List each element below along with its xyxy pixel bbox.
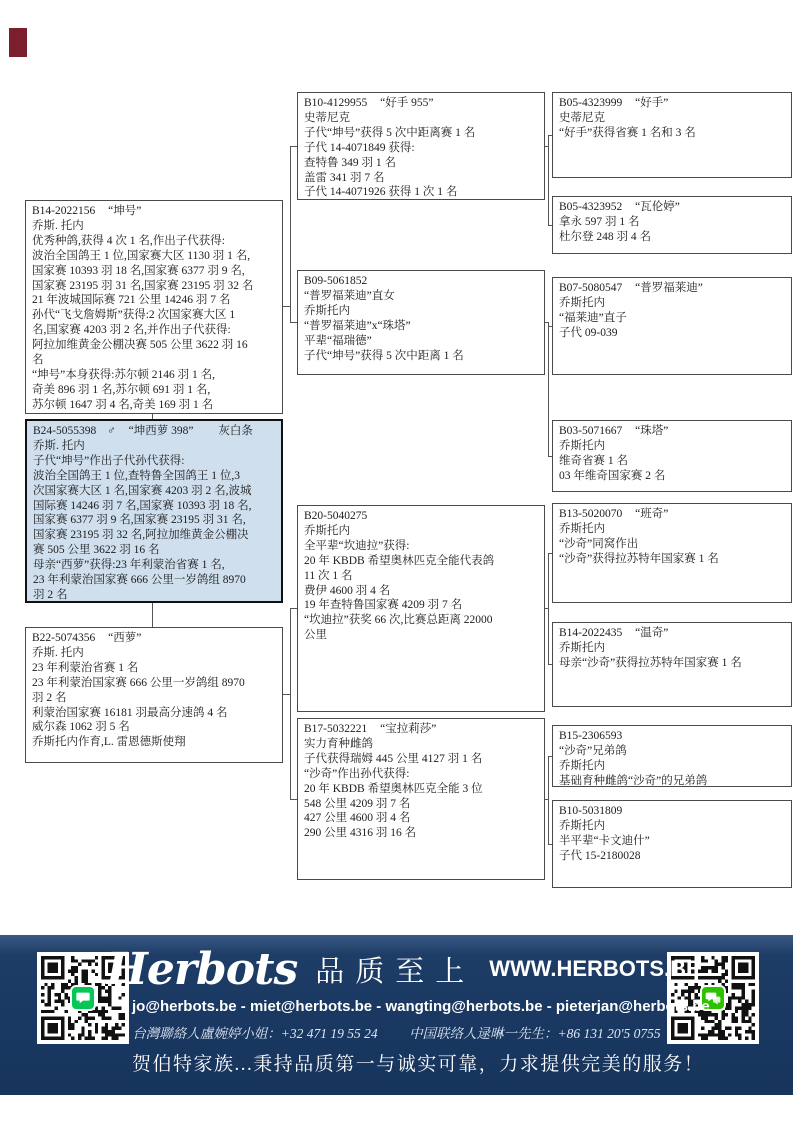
box-title: B15-2306593 [559,729,785,744]
detail-line: 乔斯. 托内 [32,646,276,661]
pigeon-name: “宝拉莉莎” [380,723,436,735]
detail-line: 孙代“飞戈詹姆斯”获得:2 次国家赛大区 1 [32,308,276,323]
pedigree-box-great-grandparent-2: B05-4323952 “瓦伦婷” 拿永 597 羽 1 名杜尔登 248 羽 … [552,196,792,254]
detail-line: 国家赛 10393 羽 18 名,国家赛 6377 羽 9 名, [32,264,276,279]
line-icon [70,985,96,1011]
male-sex-icon: ♂ [107,425,116,437]
ring-number: B10-5031809 [559,805,622,817]
detail-line: 利蒙治国家赛 16181 羽最高分速鸽 4 名 [32,706,276,721]
detail-line: 杜尔登 248 羽 4 名 [559,230,785,245]
connector-line [290,146,297,147]
pigeon-details: 史蒂尼克“好手”获得省赛 1 名和 3 名 [559,111,785,141]
pedigree-box-father: B14-2022156 “坤号” 乔斯. 托内优秀种鸽,获得 4 次 1 名,作… [25,200,283,414]
detail-line: “沙奇”同窝作出 [559,537,785,552]
detail-line: 母亲“沙奇”获得拉苏特年国家赛 1 名 [559,656,785,671]
ring-number: B15-2306593 [559,730,622,742]
connector-line [152,603,153,627]
pigeon-details: 乔斯. 托内优秀种鸽,获得 4 次 1 名,作出子代获得:波治全国鸽王 1 位,… [32,219,276,413]
detail-line: 乔斯托内 [559,522,785,537]
footer: Herbots 品质至上 WWW.HERBOTS.BE jo@herbots.b… [0,935,793,1095]
detail-line: 子代 15-2180028 [559,849,785,864]
ring-number: B24-5055398 [33,425,96,437]
detail-line: 23 年利蒙治省赛 1 名 [32,661,276,676]
pigeon-details: 拿永 597 羽 1 名杜尔登 248 羽 4 名 [559,215,785,245]
pedigree-box-great-grandparent-3: B07-5080547 “普罗福莱迪” 乔斯托内“福莱迪”直子子代 09-039 [552,277,792,375]
detail-line: 19 年查特鲁国家赛 4209 羽 7 名 [304,598,538,613]
ring-number: B14-2022435 [559,627,622,639]
pigeon-details: “沙奇”兄弟鸽乔斯托内基础育种雌鸽“沙奇”的兄弟鸽 [559,744,785,787]
pedigree-box-grandfather-2: B20-5040275 乔斯托内全平辈“坎迪拉”获得:20 年 KBDB 希望奥… [297,505,545,712]
detail-line: 维奇省赛 1 名 [559,454,785,469]
box-title: B24-5055398 ♂ “坤西萝 398” 灰白条 [33,424,275,439]
detail-line: 波治全国鸽王 1 位,国家赛大区 1130 羽 1 名, [32,249,276,264]
detail-line: 名,国家赛 4203 羽 2 名,并作出子代获得: [32,323,276,338]
detail-line: 乔斯托内 [559,759,785,774]
box-title: B14-2022156 “坤号” [32,204,276,219]
detail-line: 平辈“福瑞德” [304,334,538,349]
detail-line: 苏尔顿 1647 羽 4 名,奇美 169 羽 1 名 [32,398,276,413]
footer-contacts: 台灣聯絡人盧婉婷小姐：+32 471 19 55 24 中国联络人逯晽一先生：+… [132,1022,661,1042]
pigeon-name: “普罗福莱迪” [635,282,703,294]
detail-line: 乔斯托内 [559,296,785,311]
detail-line: 21 年波城国际赛 721 公里 14246 羽 7 名 [32,293,276,308]
contact-china: 中国联络人逯晽一先生：+86 131 20'5 0755 [409,1026,661,1041]
detail-line: 427 公里 4600 羽 4 名 [304,811,538,826]
connector-line [290,608,291,800]
box-title: B07-5080547 “普罗福莱迪” [559,281,785,296]
pedigree-box-great-grandparent-7: B15-2306593 “沙奇”兄弟鸽乔斯托内基础育种雌鸽“沙奇”的兄弟鸽 [552,725,792,787]
pigeon-name: “西萝” [108,632,141,644]
detail-line: 548 公里 4209 羽 7 名 [304,797,538,812]
contact-taiwan: 台灣聯絡人盧婉婷小姐：+32 471 19 55 24 [132,1026,377,1041]
box-title: B22-5074356 “西萝” [32,631,276,646]
pigeon-name: “温奇” [635,627,668,639]
detail-line: “坎迪拉”获奖 66 次,比赛总距离 22000 [304,613,538,628]
pedigree-box-mother: B22-5074356 “西萝” 乔斯. 托内23 年利蒙治省赛 1 名23 年… [25,627,283,763]
detail-line: 乔斯托内作育,L. 雷恩德斯使翔 [32,735,276,750]
detail-line: 290 公里 4316 羽 16 名 [304,826,538,841]
detail-line: 子代“坤号”获得 5 次中距离赛 1 名 [304,126,538,141]
box-title: B17-5032221 “宝拉莉莎” [304,722,538,737]
ring-number: B17-5032221 [304,723,367,735]
ring-number: B20-5040275 [304,510,367,522]
detail-line: 全平辈“坎迪拉”获得: [304,539,538,554]
detail-line: 查特鲁 349 羽 1 名 [304,156,538,171]
box-title: B10-4129955 “好手 955” [304,96,538,111]
pigeon-name: “好手 955” [380,97,433,109]
connector-line [290,322,297,323]
detail-line: 国家赛 23195 羽 31 名,国家赛 23195 羽 32 名 [32,279,276,294]
detail-line: “坤号”本身获得:苏尔顿 2146 羽 1 名, [32,368,276,383]
detail-line: 优秀种鸽,获得 4 次 1 名,作出子代获得: [32,234,276,249]
detail-line: 赛 505 公里 3622 羽 16 名 [33,543,275,558]
detail-line: 奇美 896 羽 1 名,苏尔顿 691 羽 1 名, [32,383,276,398]
pedigree-page: B14-2022156 “坤号” 乔斯. 托内优秀种鸽,获得 4 次 1 名,作… [0,0,793,1122]
detail-line: 阿拉加维黄金公棚决赛 505 公里 3622 羽 16 [32,338,276,353]
connector-line [290,608,297,609]
detail-line: “普罗福莱迪”x“珠塔” [304,319,538,334]
box-title: B20-5040275 [304,509,538,524]
pigeon-details: 史蒂尼克子代“坤号”获得 5 次中距离赛 1 名子代 14-4071849 获得… [304,111,538,200]
pigeon-name: “坤西萝 398” [129,425,194,437]
ring-number: B07-5080547 [559,282,622,294]
connector-line [290,799,297,800]
chat-bubble-icon [75,990,91,1006]
pigeon-name: “瓦伦婷” [635,201,680,213]
detail-line: “福莱迪”直子 [559,311,785,326]
detail-line: 乔斯托内 [559,641,785,656]
pigeon-details: 乔斯. 托内23 年利蒙治省赛 1 名23 年利蒙治国家赛 666 公里一岁鸽组… [32,646,276,750]
pigeon-name: “班奇” [635,508,668,520]
box-title: B05-4323952 “瓦伦婷” [559,200,785,215]
detail-line: 拿永 597 羽 1 名 [559,215,785,230]
ring-number: B05-4323952 [559,201,622,213]
ring-number: B22-5074356 [32,632,95,644]
detail-line: 实力育种雌鸽 [304,737,538,752]
detail-line: 母亲“西萝”获得:23 年利蒙治省赛 1 名, [33,558,275,573]
pigeon-name: “坤号” [108,205,141,217]
pigeon-name: “好手” [635,97,668,109]
connector-line [548,326,552,327]
ring-number: B14-2022156 [32,205,95,217]
detail-line: 子代“坤号”作出子代孙代获得: [33,454,275,469]
pigeon-details: 乔斯托内全平辈“坎迪拉”获得:20 年 KBDB 希望奥林匹克全能代表鸽11 次… [304,524,538,643]
detail-line: 11 次 1 名 [304,569,538,584]
detail-line: 乔斯托内 [304,304,538,319]
detail-line: 羽 2 名 [33,588,275,603]
herbots-logo: Herbots [106,944,297,995]
footer-emails: jo@herbots.be - miet@herbots.be - wangti… [132,998,661,1015]
connector-line [152,414,153,419]
connector-line [548,322,549,457]
detail-line: 子代获得瑞姆 445 公里 4127 羽 1 名 [304,752,538,767]
detail-line: 半平辈“卡文迪什” [559,834,785,849]
detail-line: 23 年利蒙治国家赛 666 公里一岁鸽组 8970 [32,676,276,691]
detail-line: 子代 09-039 [559,326,785,341]
pigeon-details: “普罗福莱迪”直女乔斯托内“普罗福莱迪”x“珠塔”平辈“福瑞德”子代“坤号”获得… [304,289,538,364]
box-title: B10-5031809 [559,804,785,819]
detail-line: 羽 2 名 [32,691,276,706]
pigeon-details: 乔斯托内“福莱迪”直子子代 09-039 [559,296,785,341]
connector-line [290,146,291,323]
detail-line: 公里 [304,628,538,643]
feather-color: 灰白条 [218,425,253,437]
pedigree-box-great-grandparent-4: B03-5071667 “珠塔” 乔斯托内维奇省赛 1 名03 年维奇国家赛 2… [552,420,792,492]
detail-line: 子代 14-4071849 获得: [304,141,538,156]
detail-line: 名 [32,353,276,368]
detail-line: 史蒂尼克 [304,111,538,126]
pedigree-box-grandmother-2: B17-5032221 “宝拉莉莎” 实力育种雌鸽子代获得瑞姆 445 公里 4… [297,718,545,880]
detail-line: 国家赛 23195 羽 32 名,阿拉加维黄金公棚决 [33,528,275,543]
detail-line: 子代 14-4071926 获得 1 次 1 名 [304,185,538,200]
pedigree-box-great-grandparent-6: B14-2022435 “温奇” 乔斯托内母亲“沙奇”获得拉苏特年国家赛 1 名 [552,622,792,707]
ring-number: B09-5061852 [304,275,367,287]
pigeon-details: 乔斯托内“沙奇”同窝作出“沙奇”获得拉苏特年国家赛 1 名 [559,522,785,567]
connector-line [548,225,552,226]
pedigree-box-great-grandparent-8: B10-5031809 乔斯托内半平辈“卡文迪什”子代 15-2180028 [552,800,792,888]
footer-tagline: 品质至上 [315,949,475,990]
connector-line [548,844,552,845]
detail-line: “沙奇”兄弟鸽 [559,744,785,759]
connector-line [548,756,549,845]
footer-center: Herbots 品质至上 WWW.HERBOTS.BE jo@herbots.b… [132,941,661,1076]
connector-line [548,553,549,665]
detail-line: 威尔森 1062 羽 5 名 [32,720,276,735]
detail-line: 盖雷 341 羽 7 名 [304,171,538,186]
footer-brand-row: Herbots 品质至上 WWW.HERBOTS.BE [132,941,661,997]
connector-line [548,553,552,554]
detail-line: “普罗福莱迪”直女 [304,289,538,304]
detail-line: 乔斯托内 [304,524,538,539]
detail-line: 费伊 4600 羽 4 名 [304,584,538,599]
pedigree-box-grandmother-1: B09-5061852 “普罗福莱迪”直女乔斯托内“普罗福莱迪”x“珠塔”平辈“… [297,270,545,375]
detail-line: 国际赛 14246 羽 7 名,国家赛 10393 羽 18 名, [33,499,275,514]
box-title: B14-2022435 “温奇” [559,626,785,641]
detail-line: 乔斯托内 [559,439,785,454]
pigeon-details: 乔斯托内半平辈“卡文迪什”子代 15-2180028 [559,819,785,864]
detail-line: 次国家赛大区 1 名,国家赛 4203 羽 2 名,波城 [33,484,275,499]
detail-line: “沙奇”作出孙代获得: [304,767,538,782]
box-title: B09-5061852 [304,274,538,289]
pedigree-box-great-grandparent-5: B13-5020070 “班奇” 乔斯托内“沙奇”同窝作出“沙奇”获得拉苏特年国… [552,503,792,603]
detail-line: 国家赛 6377 羽 9 名,国家赛 23195 羽 31 名, [33,513,275,528]
detail-line: 20 年 KBDB 希望奥林匹克全能代表鸽 [304,554,538,569]
connector-line [548,135,552,136]
pigeon-details: 乔斯托内维奇省赛 1 名03 年维奇国家赛 2 名 [559,439,785,484]
corner-ribbon [9,28,27,57]
box-title: B03-5071667 “珠塔” [559,424,785,439]
ring-number: B05-4323999 [559,97,622,109]
pigeon-details: 乔斯. 托内子代“坤号”作出子代孙代获得:波治全国鸽王 1 位,查特鲁全国鸽王 … [33,439,275,603]
pedigree-box-grandfather-1: B10-4129955 “好手 955” 史蒂尼克子代“坤号”获得 5 次中距离… [297,92,545,200]
detail-line: 乔斯托内 [559,819,785,834]
footer-website: WWW.HERBOTS.BE [489,956,700,982]
pigeon-details: 乔斯托内母亲“沙奇”获得拉苏特年国家赛 1 名 [559,641,785,671]
ring-number: B13-5020070 [559,508,622,520]
footer-slogan: 贺伯特家族...秉持品质第一与诚实可靠，力求提供完美的服务！ [132,1049,661,1076]
pigeon-name: “珠塔” [635,425,668,437]
ring-number: B03-5071667 [559,425,622,437]
ring-number: B10-4129955 [304,97,367,109]
connector-line [548,756,552,757]
detail-line: 乔斯. 托内 [32,219,276,234]
pigeon-details: 实力育种雌鸽子代获得瑞姆 445 公里 4127 羽 1 名“沙奇”作出孙代获得… [304,737,538,841]
detail-line: “沙奇”获得拉苏特年国家赛 1 名 [559,552,785,567]
pedigree-box-great-grandparent-1: B05-4323999 “好手” 史蒂尼克“好手”获得省赛 1 名和 3 名 [552,92,792,178]
box-title: B13-5020070 “班奇” [559,507,785,522]
detail-line: 20 年 KBDB 希望奥林匹克全能 3 位 [304,782,538,797]
detail-line: 乔斯. 托内 [33,439,275,454]
detail-line: 子代“坤号”获得 5 次中距离 1 名 [304,349,538,364]
box-title: B05-4323999 “好手” [559,96,785,111]
detail-line: “好手”获得省赛 1 名和 3 名 [559,126,785,141]
connector-line [548,456,552,457]
connector-line [548,135,549,226]
detail-line: 23 年利蒙治国家赛 666 公里一岁鸽组 8970 [33,573,275,588]
detail-line: 03 年维奇国家赛 2 名 [559,469,785,484]
connector-line [548,664,552,665]
detail-line: 波治全国鸽王 1 位,查特鲁全国鸽王 1 位,3 [33,469,275,484]
pedigree-box-subject: B24-5055398 ♂ “坤西萝 398” 灰白条 乔斯. 托内子代“坤号”… [25,419,283,603]
detail-line: 史蒂尼克 [559,111,785,126]
detail-line: 基础育种雌鸽“沙奇”的兄弟鸽 [559,774,785,787]
